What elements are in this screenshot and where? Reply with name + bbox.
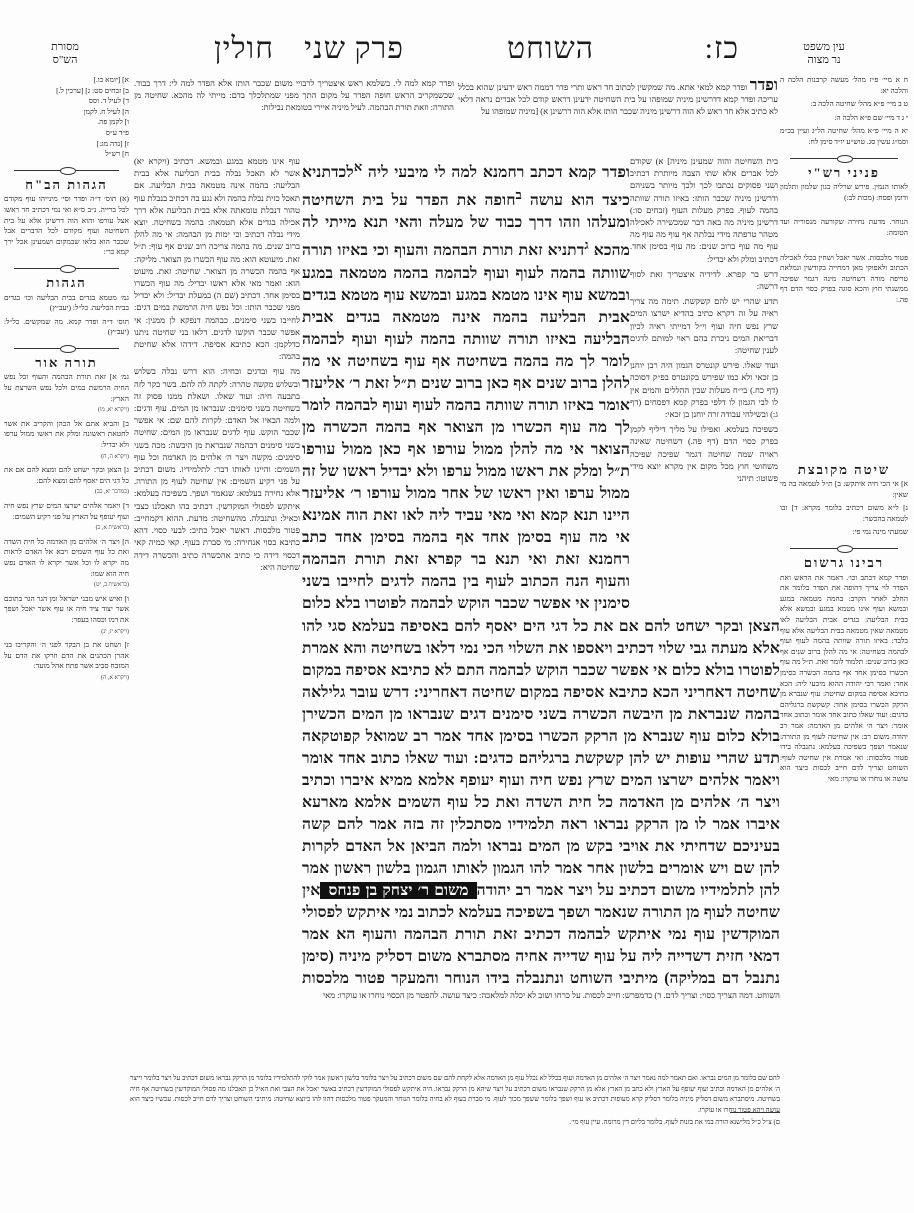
hagahot-entry: גמ׳ מטמא בגדים בבית הבליעה וכו׳ בגדים בב… xyxy=(4,293,129,314)
verse-ref: (ויקרא יא, מו) xyxy=(98,407,129,413)
masoret-entry: ב] זבחים סט: ג] [ערכין ל.] xyxy=(4,86,129,97)
gemara-line: ומלק את ראשו ממול ערפו ולא יבדיל ראשו של… xyxy=(302,463,630,616)
masoret-entry: ד] לעיל ד. וסס xyxy=(4,96,129,107)
pnei-rashi-entry: הנוחר. מדעת נחירה שקורעה מנסוריה ועד הטו… xyxy=(780,217,908,238)
shita-entry: א] אי הכי חיה איתקש: ב] ת״ל לטמאה בה מי … xyxy=(780,479,908,500)
ein-mishpat-entry: יא ה מיי׳ פ״א מהל׳ שחיטה הל״ג ועיין בכ״מ… xyxy=(780,126,908,147)
footnote: ם) צ״ל כ״ל מלישנא הורה במי את בזנות לעוף… xyxy=(300,1118,780,1128)
rabbeinu-gershom-section: רבינו גרשום ופדר קמא דכתב וכו׳. דאמר את … xyxy=(780,558,908,784)
verse-ref: (ויקרא ה, ח) xyxy=(101,454,129,460)
chapter-name: השוחט xyxy=(507,32,594,66)
torah-or-entry: ג] הצאן ובקר ישחט להם ומצא להם אם את כל … xyxy=(4,465,129,498)
verse-text: ז] ושחט את בן הבקר לפני ה׳ והקריבו בני א… xyxy=(4,640,129,670)
highlighted-phrase[interactable]: משום ר׳ יצחק בן פנחס xyxy=(320,882,476,899)
verse-ref: (בראשית ב, יט) xyxy=(94,582,129,588)
masoret-entry: ז] [נדה מג:] xyxy=(4,139,129,150)
hagahot-section: הגהות גמ׳ מטמא בגדים בבית הבליעה וכו׳ בג… xyxy=(4,278,129,338)
tosafot-text: דרש בר קפרא. לדידיה איצטריך זאת לסוף דרש… xyxy=(630,269,778,293)
bottom-commentary: להם שם בלומר מן המים נבראו. ואם תאמר למה… xyxy=(130,1074,780,1116)
masoret-entry: ו] לקמן פה. xyxy=(4,117,129,128)
gemara-line: מטמא בגדים אבית הבליעה בהמה אינה מטמאה ב… xyxy=(302,287,630,480)
gemara-line: ויאמר אלהים ישרצו המים שרץ נפש חיה ועוף … xyxy=(302,772,780,789)
gemara-line: ופדר קמא דכתב רחמנא למה לי מיבעי ליה xyxy=(362,164,630,181)
rabbeinu-gershom-title: רבינו גרשום xyxy=(780,558,908,569)
tosafot-text: בית השחיטה והוה שמעינן מיניה] א) שקודם ל… xyxy=(630,156,778,266)
verse-text: ד] ויאמר אלהים ישרצו המים שרץ נפש חיה וע… xyxy=(4,501,129,521)
gemara-line: לכתוב נמי xyxy=(390,904,454,921)
tosafot-text: ופדר קמא למאי אתא. מה שמקשין לכתוב חד רא… xyxy=(458,83,778,116)
footnote-marker: א xyxy=(354,159,362,174)
hagahot-entry: תוס׳ ד״ה ופדר קמא. מה שמקשים. כל״ל: (יעב… xyxy=(4,317,129,338)
pnei-rashi-entry: פטור מלכסות. אשר יאכל ושחין בכלי לאכילה … xyxy=(780,253,908,306)
shita-entry: שמעתי מינה נמי פי: xyxy=(780,527,908,538)
tosafot-text: תדע שהרי יש להם קשקשת. תימה מה צריך ראיה… xyxy=(630,296,778,357)
torah-or-entry: ד] ויאמר אלהים ישרצו המים שרץ נפש חיה וע… xyxy=(4,501,129,534)
verse-text: ב] והביא אתם אל הכהן והקריב את אשר לחטאת… xyxy=(4,419,129,449)
ein-mishpat-entry: ט ב מיי׳ פ״א מהל׳ שחיטה הלכה ב: xyxy=(780,99,908,110)
masoret-entry: פ״ד ע״ס xyxy=(4,128,129,139)
tosafot-column: ופדר ופדר קמא למאי אתא. מה שמקשין לכתוב … xyxy=(458,78,778,154)
masoret-entry: ה] לעיל ח. לקמן xyxy=(4,107,129,118)
verse-ref: (ויקרא א, ה) xyxy=(101,675,129,681)
gemara-line: הצאן ובקר ישחט להם אם את כל דגי הים יאסף… xyxy=(449,618,780,635)
masoret-section: א] [יומא כו.] ב] זבחים סט: ג] [ערכין ל.]… xyxy=(4,75,129,160)
verse-ref: (בראשית א, כ) xyxy=(96,525,129,531)
hagahot-habach-section: הגהות הב"ח (א) תוס׳ ד״ה ופדר וסי׳ מינייה… xyxy=(4,180,129,258)
chapter-number: פרק שני xyxy=(304,32,404,66)
rashi-column-lower: עוף אינו מטמא במגע ובמשא. דכתיב (ויקרא י… xyxy=(134,156,300,996)
masoret-entry: א] [יומא כו.] xyxy=(4,75,129,86)
torah-or-entry: ה] ויצר ה׳ אלהים מן האדמה כל חית השדה וא… xyxy=(4,537,129,591)
rashi-text: עוף אינו מטמא במגע ובמשא. דכתיב (ויקרא י… xyxy=(134,156,300,363)
verse-text: ו] ואיש איש מבני ישראל ומן הגר הגר בתוכם… xyxy=(4,594,129,624)
tosafot-column-lower: בית השחיטה והוה שמעינן מיניה] א) שקודם ל… xyxy=(630,156,778,608)
tosafot-text: בשפיכה בעלמא. ואפילו על מליך דיליף לקמן … xyxy=(630,424,778,485)
daf-number: כז: xyxy=(705,32,739,66)
shita-mekubetzet-section: שיטה מקובצת א] אי הכי חיה איתקש: ב] ת״ל … xyxy=(780,465,908,539)
pnei-rashi-title: פניני רש"י xyxy=(780,168,908,179)
ornament-divider xyxy=(790,154,898,162)
pnei-rashi-entry: לאותו הנמין. פירש שרליה כגון שלמון ותלמו… xyxy=(780,182,908,203)
torah-or-entry: ב] והביא אתם אל הכהן והקריב את אשר לחטאת… xyxy=(4,419,129,462)
ein-mishpat-section: ח א מיי׳ פ״ז מהל׳ מעשה קרבנות הלכה ה והל… xyxy=(780,75,908,148)
ornament-divider xyxy=(14,166,119,174)
gemara-line: אמר רב יהודה xyxy=(477,882,564,899)
tosafot-opening-word: ופדר xyxy=(750,78,778,94)
gemara-text-upper: ופדר קמא דכתב רחמנא למה לי מיבעי ליה אלכ… xyxy=(302,156,630,616)
hagahot-title: הגהות xyxy=(4,278,129,289)
rabbeinu-gershom-text: ופדר קמא דכתב וכו׳. דאמר את הראש ואת הפד… xyxy=(780,573,908,785)
footnote-rule xyxy=(730,1112,780,1113)
shita-entry: ג] ל״א משום דכתיב בלומר מקרא: ד] ובו לטמ… xyxy=(780,503,908,524)
torah-or-entry: גמ׳ א] זאת תורת הבהמה והעוף וכל נפש החיה… xyxy=(4,372,129,415)
torah-or-entry: ז] ושחט את בן הבקר לפני ה׳ והקריבו בני א… xyxy=(4,640,129,683)
masoret-entry: ח] רש״ל xyxy=(4,149,129,160)
ornament-divider xyxy=(14,264,119,272)
gemara-line: אינו מטמא במגע ובמשא עוף xyxy=(379,287,558,304)
ein-mishpat-entry: י ג ד מיי׳ שם פ״א הלכה ה: xyxy=(780,113,908,124)
shita-mekubetzet-title: שיטה מקובצת xyxy=(780,465,908,476)
rashi-column: ופדר קמא למה לי. בשלמא ראש איצטריך לרבוי… xyxy=(134,78,454,154)
verse-text: ה] ויצר ה׳ אלהים מן האדמה כל חית השדה וא… xyxy=(4,537,129,578)
gemara-text-lower: הצאן ובקר ישחט להם אם את כל דגי הים יאסף… xyxy=(302,616,780,986)
page-header: עין משפט נר מצוה כז: השוחט פרק שני חולין… xyxy=(0,28,914,68)
verse-text: גמ׳ א] זאת תורת הבהמה והעוף וכל נפש החיה… xyxy=(4,372,129,402)
rashi-text: מה עוף ובדגים ובחיה: הוא דרש נבלה בשלוש … xyxy=(134,366,300,573)
tractate-name: חולין xyxy=(214,32,274,66)
verse-ref: (במדבר יא, כב) xyxy=(95,489,129,495)
ein-mishpat-entry: ח א מיי׳ פ״ז מהל׳ מעשה קרבנות הלכה ה והל… xyxy=(780,75,908,96)
tosafot-text: ועוד שאלו. פירש קונטרס הגמון היה רבן יוח… xyxy=(630,360,778,421)
rashi-text: השוחט. דמה הצריך כסוי: וצריך לדם. ד) כדמ… xyxy=(323,991,780,1000)
torah-or-title: תורה אור xyxy=(4,358,129,369)
rashi-bottom: השוחט. דמה הצריך כסוי: וצריך לדם. ד) כדמ… xyxy=(134,990,780,1072)
ornament-divider xyxy=(14,344,119,352)
ornament-divider xyxy=(790,544,898,552)
gemara-line: ויאספו את השלוי הכי נמי דלאו בשחיטה והא … xyxy=(302,640,780,767)
verse-ref: (ויקרא יז, יג) xyxy=(101,629,129,635)
left-margin-column: א] [יומא כו.] ב] זבחים סט: ג] [ערכין ל.]… xyxy=(4,75,129,1075)
torah-or-entry: ו] ואיש איש מבני ישראל ומן הגר הגר בתוכם… xyxy=(4,594,129,637)
hagahot-habach-title: הגהות הב"ח xyxy=(4,180,129,191)
right-margin-column: ח א מיי׳ פ״ז מהל׳ מעשה קרבנות הלכה ה והל… xyxy=(780,75,908,1085)
torah-or-section: תורה אור גמ׳ א] זאת תורת הבהמה והעוף וכל… xyxy=(4,358,129,684)
verse-text: ג] הצאן ובקר ישחט להם ומצא להם אם את כל … xyxy=(4,465,129,485)
masoret-label: מסורת הש"ס xyxy=(40,41,90,67)
gemara-line: דתניא xyxy=(543,243,585,260)
ein-mishpat-label: עין משפט נר מצוה xyxy=(794,41,854,67)
rashi-text: ופדר קמא למה לי. בשלמא ראש איצטריך לרבוי… xyxy=(134,79,454,112)
hagahot-habach-text: (א) תוס׳ ד״ה ופדר וסי׳ מינייהו עוף מקודם… xyxy=(4,194,129,258)
pnei-rashi-section: פניני רש"י לאותו הנמין. פירש שרליה כגון … xyxy=(780,168,908,306)
